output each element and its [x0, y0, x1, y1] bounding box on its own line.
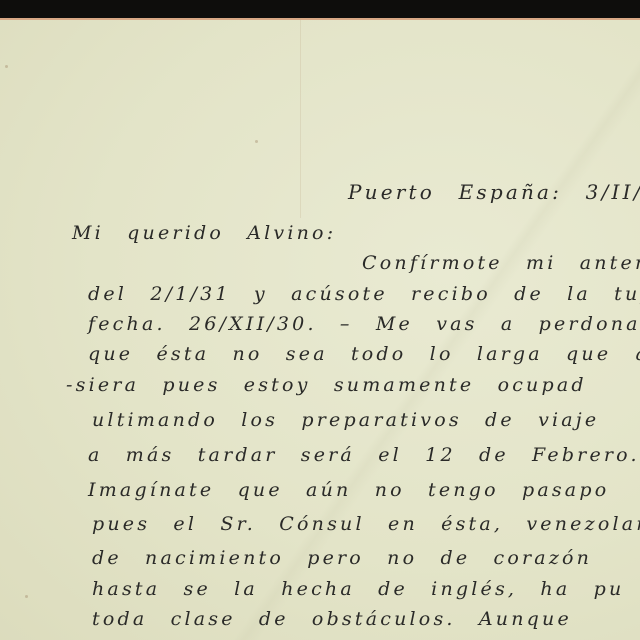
body-line: ultimando los preparativos de viaje	[92, 409, 599, 431]
body-line: que ésta no sea todo lo larga que q	[88, 343, 640, 365]
body-line: del 2/1/31 y acúsote recibo de la tuya	[88, 283, 640, 305]
paper-speck	[5, 65, 8, 68]
body-line: a más tardar será el 12 de Febrero.	[88, 444, 640, 466]
body-line: Confírmote mi anter	[362, 252, 640, 274]
body-line: Imagínate que aún no tengo pasapo	[88, 479, 609, 501]
letter-scan: Puerto España: 3/II/31. Mi querido Alvin…	[0, 0, 640, 640]
salutation: Mi querido Alvino:	[72, 222, 336, 244]
body-line: pues el Sr. Cónsul en ésta, venezolan	[92, 513, 640, 535]
body-line: toda clase de obstáculos. Aunque	[92, 608, 572, 630]
body-line: -siera pues estoy sumamente ocupad	[66, 374, 587, 396]
body-line: fecha. 26/XII/30. – Me vas a perdonar	[88, 313, 640, 335]
paper-speck	[255, 140, 258, 143]
place-date-heading: Puerto España: 3/II/31.	[348, 180, 640, 204]
body-line: de nacimiento pero no de corazón	[92, 547, 592, 569]
paper-speck	[25, 595, 28, 598]
body-line: hasta se la hecha de inglés, ha pu	[92, 578, 624, 600]
fold-crease	[300, 18, 301, 218]
